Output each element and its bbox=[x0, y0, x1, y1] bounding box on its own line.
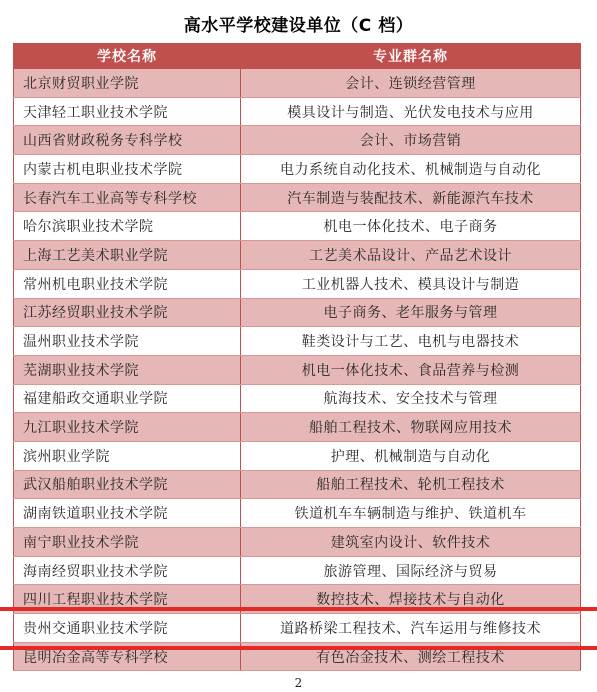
school-name-cell: 天津轻工职业技术学院 bbox=[14, 97, 241, 126]
red-highlight-line-bottom bbox=[0, 646, 597, 651]
table-row: 哈尔滨职业技术学院机电一体化技术、电子商务 bbox=[14, 212, 581, 241]
major-group-cell: 电子商务、老年服务与管理 bbox=[241, 298, 581, 327]
table-row: 天津轻工职业技术学院模具设计与制造、光伏发电技术与应用 bbox=[14, 97, 581, 126]
major-group-cell: 模具设计与制造、光伏发电技术与应用 bbox=[241, 97, 581, 126]
major-group-cell: 船舶工程技术、物联网应用技术 bbox=[241, 413, 581, 442]
table-row: 福建船政交通职业学院航海技术、安全技术与管理 bbox=[14, 384, 581, 413]
school-name-cell: 北京财贸职业学院 bbox=[14, 69, 241, 98]
document-title: 高水平学校建设单位（C 档） bbox=[0, 11, 597, 36]
school-name-cell: 温州职业技术学院 bbox=[14, 327, 241, 356]
school-name-cell: 滨州职业学院 bbox=[14, 441, 241, 470]
table-row: 滨州职业学院护理、机械制造与自动化 bbox=[14, 441, 581, 470]
major-group-cell: 鞋类设计与工艺、电机与电器技术 bbox=[241, 327, 581, 356]
school-name-cell: 九江职业技术学院 bbox=[14, 413, 241, 442]
table-body: 北京财贸职业学院会计、连锁经营管理天津轻工职业技术学院模具设计与制造、光伏发电技… bbox=[14, 69, 581, 671]
table-row: 内蒙古机电职业技术学院电力系统自动化技术、机械制造与自动化 bbox=[14, 155, 581, 184]
major-group-cell: 船舶工程技术、轮机工程技术 bbox=[241, 470, 581, 499]
school-name-cell: 山西省财政税务专科学校 bbox=[14, 126, 241, 155]
table-row: 武汉船舶职业技术学院船舶工程技术、轮机工程技术 bbox=[14, 470, 581, 499]
major-group-cell: 铁道机车车辆制造与维护、铁道机车 bbox=[241, 499, 581, 528]
major-group-cell: 机电一体化技术、食品营养与检测 bbox=[241, 355, 581, 384]
table-row: 江苏经贸职业技术学院电子商务、老年服务与管理 bbox=[14, 298, 581, 327]
table-row: 温州职业技术学院鞋类设计与工艺、电机与电器技术 bbox=[14, 327, 581, 356]
red-highlight-line-top bbox=[0, 607, 597, 612]
major-group-cell: 道路桥梁工程技术、汽车运用与维修技术 bbox=[241, 614, 581, 643]
major-group-cell: 会计、连锁经营管理 bbox=[241, 69, 581, 98]
school-name-cell: 南宁职业技术学院 bbox=[14, 528, 241, 557]
school-name-cell: 内蒙古机电职业技术学院 bbox=[14, 155, 241, 184]
table-row: 海南经贸职业技术学院旅游管理、国际经济与贸易 bbox=[14, 556, 581, 585]
header-major-group: 专业群名称 bbox=[241, 44, 581, 69]
school-name-cell: 芜湖职业技术学院 bbox=[14, 355, 241, 384]
school-name-cell: 哈尔滨职业技术学院 bbox=[14, 212, 241, 241]
school-name-cell: 贵州交通职业技术学院 bbox=[14, 614, 241, 643]
table-row: 长春汽车工业高等专科学校汽车制造与装配技术、新能源汽车技术 bbox=[14, 183, 581, 212]
school-name-cell: 江苏经贸职业技术学院 bbox=[14, 298, 241, 327]
major-group-cell: 建筑室内设计、软件技术 bbox=[241, 528, 581, 557]
school-name-cell: 武汉船舶职业技术学院 bbox=[14, 470, 241, 499]
header-school-name: 学校名称 bbox=[14, 44, 241, 69]
table-row: 常州机电职业技术学院工业机器人技术、模具设计与制造 bbox=[14, 269, 581, 298]
table-row: 山西省财政税务专科学校会计、市场营销 bbox=[14, 126, 581, 155]
table-row: 北京财贸职业学院会计、连锁经营管理 bbox=[14, 69, 581, 98]
table-row: 九江职业技术学院船舶工程技术、物联网应用技术 bbox=[14, 413, 581, 442]
table-row: 南宁职业技术学院建筑室内设计、软件技术 bbox=[14, 528, 581, 557]
table-row: 湖南铁道职业技术学院铁道机车车辆制造与维护、铁道机车 bbox=[14, 499, 581, 528]
table-row: 芜湖职业技术学院机电一体化技术、食品营养与检测 bbox=[14, 355, 581, 384]
school-name-cell: 长春汽车工业高等专科学校 bbox=[14, 183, 241, 212]
major-group-cell: 电力系统自动化技术、机械制造与自动化 bbox=[241, 155, 581, 184]
major-group-cell: 工业机器人技术、模具设计与制造 bbox=[241, 269, 581, 298]
major-group-cell: 工艺美术品设计、产品艺术设计 bbox=[241, 241, 581, 270]
major-group-cell: 会计、市场营销 bbox=[241, 126, 581, 155]
table-header-row: 学校名称 专业群名称 bbox=[14, 44, 581, 69]
major-group-cell: 机电一体化技术、电子商务 bbox=[241, 212, 581, 241]
school-name-cell: 上海工艺美术职业学院 bbox=[14, 241, 241, 270]
schools-table: 学校名称 专业群名称 北京财贸职业学院会计、连锁经营管理天津轻工职业技术学院模具… bbox=[13, 43, 581, 671]
school-name-cell: 海南经贸职业技术学院 bbox=[14, 556, 241, 585]
major-group-cell: 旅游管理、国际经济与贸易 bbox=[241, 556, 581, 585]
table-row: 贵州交通职业技术学院道路桥梁工程技术、汽车运用与维修技术 bbox=[14, 614, 581, 643]
major-group-cell: 航海技术、安全技术与管理 bbox=[241, 384, 581, 413]
major-group-cell: 汽车制造与装配技术、新能源汽车技术 bbox=[241, 183, 581, 212]
school-name-cell: 湖南铁道职业技术学院 bbox=[14, 499, 241, 528]
document-page: 高水平学校建设单位（C 档） 学校名称 专业群名称 北京财贸职业学院会计、连锁经… bbox=[0, 0, 597, 692]
page-number: 2 bbox=[0, 676, 597, 690]
major-group-cell: 护理、机械制造与自动化 bbox=[241, 441, 581, 470]
school-name-cell: 福建船政交通职业学院 bbox=[14, 384, 241, 413]
table-row: 上海工艺美术职业学院工艺美术品设计、产品艺术设计 bbox=[14, 241, 581, 270]
school-name-cell: 常州机电职业技术学院 bbox=[14, 269, 241, 298]
